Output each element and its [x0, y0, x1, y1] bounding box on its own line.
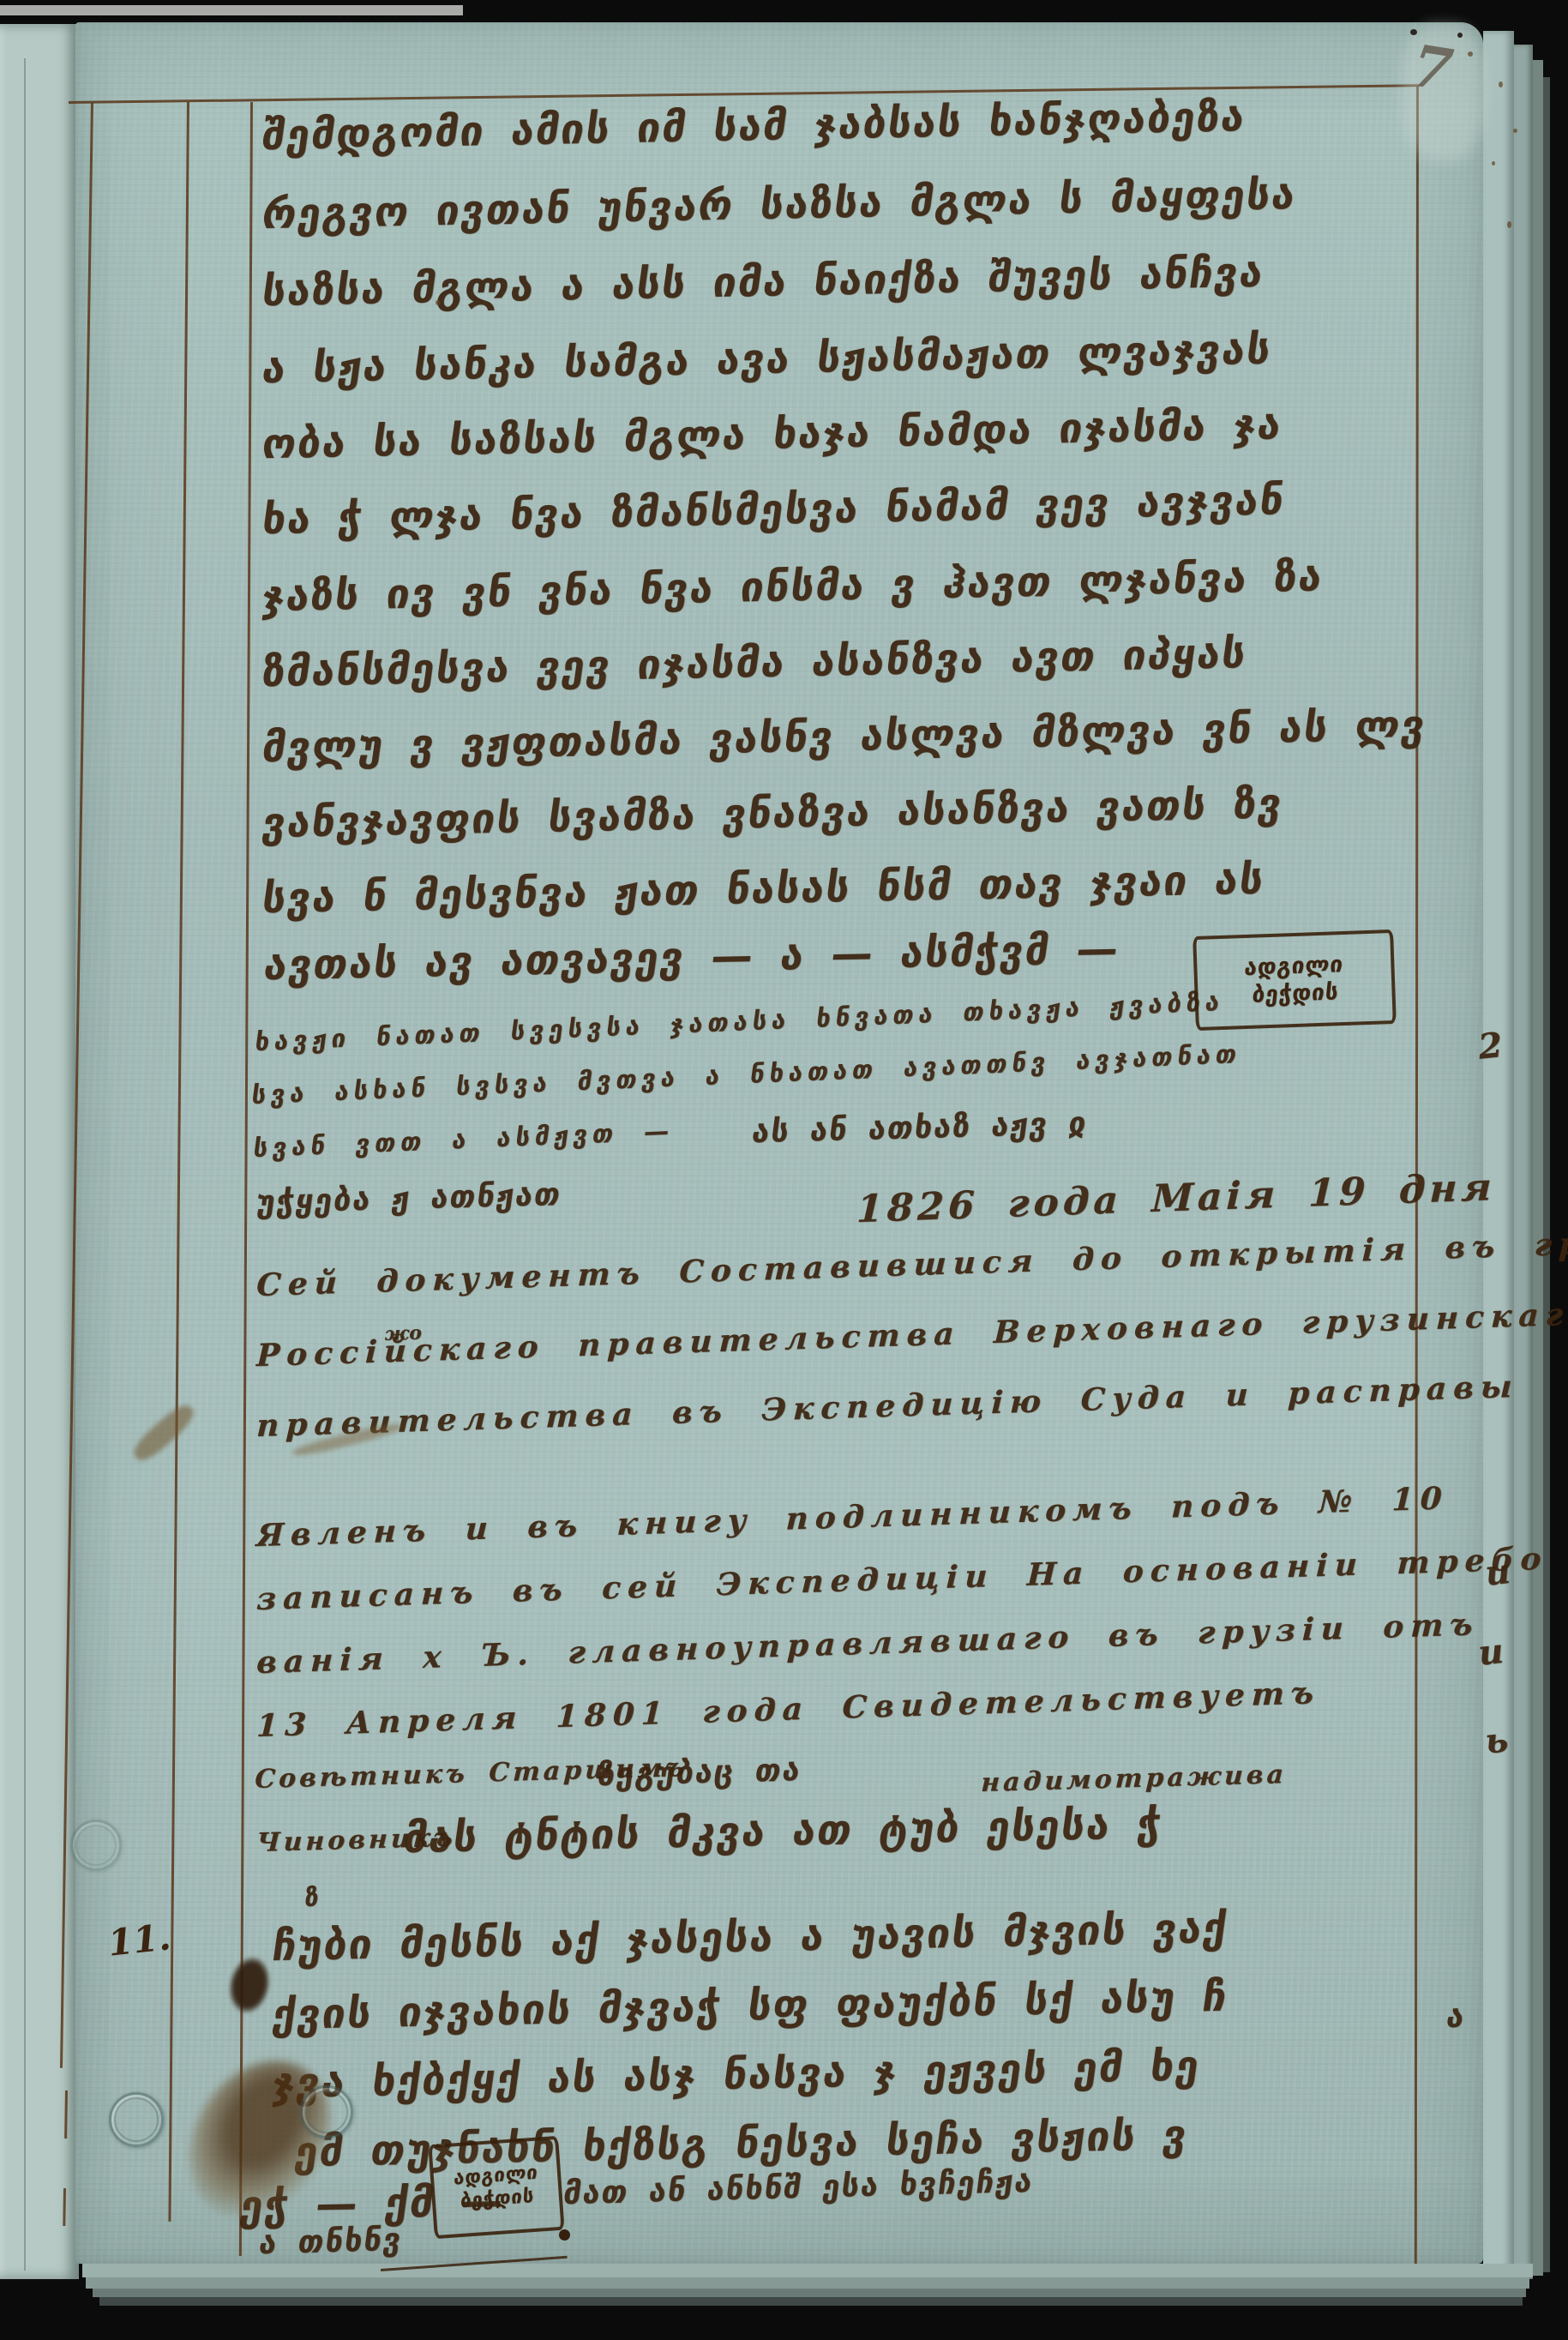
seal-box-line: ბეჭდის: [1250, 978, 1339, 1009]
georgian-line-7: ჯაზს ივ ვნ ვნა ნვა ინსმა ვ ჰავთ ლჯანვა ზ…: [259, 552, 1326, 621]
punch-ring-left: [109, 2092, 164, 2147]
russian-line-2: Россійскаго правительства Верховнаго гру…: [255, 1296, 1568, 1374]
seal-annotation-box-bottom: ადგილი ბეჭდის: [428, 2136, 564, 2239]
russian-line-5: записанъ въ сей Экспедиціи На основаніи …: [255, 1541, 1548, 1617]
speck: [1499, 81, 1503, 87]
russian-line-3: правительства въ Экспедицію Суда и распр…: [255, 1369, 1519, 1444]
russian-line-8b: надимотражива: [981, 1760, 1288, 1798]
speck: [1410, 29, 1417, 35]
russian-date-line: 1826 года Маія 19 дня: [856, 1165, 1496, 1231]
speck: [1492, 161, 1495, 165]
page-edge-mark-5: ა: [1445, 1999, 1468, 2035]
page-edge-mark-2: и: [1483, 1551, 1512, 1594]
entry11-line-2: ქვის იჯვახის მჯვაჭ სფ ფაუქბნ სქ ასუ ჩ: [269, 1973, 1231, 2040]
punch-ring-right: [300, 2085, 353, 2138]
corner-wear-patch: [1403, 24, 1485, 161]
page-edge-mark-1: 2: [1476, 1025, 1505, 1068]
entry11-line-4: ემ თუჯნახნ ხქზსგ ნესვა სეჩა ვსჟის ვ: [291, 2111, 1191, 2176]
georgian-line-2: რეგვო ივთან უნვარ საზსა მგლა ს მაყფესა: [259, 171, 1300, 238]
georgian-interline-3: სვან ვთთ ა ასმჟვთ —: [251, 1116, 676, 1163]
entry11-line-6: ა თნხნვ: [257, 2223, 405, 2262]
punch-ring-faint: [70, 1820, 122, 1871]
georgian-line-4: ა სჟა სანკა სამგა ავა სჟასმაჟათ ლვაჯვას: [259, 325, 1275, 393]
seal-box-line: ბეჭდის: [460, 2185, 535, 2214]
page-edge-mark-4: ь: [1483, 1719, 1510, 1762]
seal-annotation-box-top: ადგილი ბეჭდის: [1193, 929, 1397, 1031]
russian-line-6: ванія х Ъ. главноуправлявшаго въ грузіи …: [255, 1606, 1480, 1681]
ink-dot: [559, 2229, 570, 2241]
georgian-line-10: ვანვჯავფის სვამზა ვნაზვა ასანზვა ვათს ზვ: [259, 779, 1286, 847]
russian-superscript: жо: [384, 1321, 422, 1344]
speck: [1513, 129, 1517, 133]
georgian-signature-1: ზეგუბაც თა: [596, 1753, 804, 1793]
georgian-interline-3b: ას ან ათხაზ აჟვ ჲ: [750, 1106, 1090, 1150]
georgian-line-8: ზმანსმესვა ვევ იჯასმა ასანზვა ავთ იპყას: [259, 629, 1250, 696]
russian-line-4: Явленъ и въ книгу подлинникомъ подъ № 10: [255, 1480, 1449, 1554]
seal-box-line: ადგილი: [1243, 950, 1345, 982]
speck: [436, 300, 441, 305]
georgian-line-12: ავთას ავ ათვავევ — ა — ასმჭვმ —: [261, 925, 1122, 990]
georgian-line-3: საზსა მგლა ა ასს იმა ნაიქზა შუვეს ანჩვა: [259, 249, 1267, 316]
georgian-line-6: ხა ჭ ლჯა ნვა ზმანსმესვა ნამამ ვევ ავჯვან: [259, 476, 1289, 544]
entry11-line-5b: მათ ან ანხნშ ესა ხვჩეჩჟა: [562, 2164, 1036, 2212]
manuscript-scan: 7 11. შემდგომი ამის იმ სამ ჯაბსას ხანჯღა…: [0, 0, 1568, 2340]
speck: [1468, 51, 1473, 57]
georgian-signature-2: მას ტნტის მკვა ათ ტუბ ესესა ჭ: [400, 1800, 1165, 1862]
georgian-mark: ზ: [303, 1882, 326, 1912]
georgian-line-11: სვა ნ მესვნვა ჟათ ნასას ნსმ თავ ჯვაი ას: [259, 856, 1268, 923]
russian-line-1: Сей документъ Составившися до открытія в…: [255, 1223, 1568, 1304]
speck: [1457, 33, 1463, 38]
georgian-attest-lead: უჭყება ჟ ათნჟათ: [255, 1177, 564, 1220]
entry11-line-3: ჯვა ხქბქყქ ას ასჯ ნასვა ჯ ეჟვეს ემ ხე: [269, 2042, 1204, 2108]
georgian-line-9: მვლუ ვ ვჟფთასმა ვასნვ ასლვა მზლვა ვნ ას …: [259, 701, 1429, 772]
georgian-line-5: ობა სა საზსას მგლა ხაჯა ნამდა იჯასმა ჯა: [259, 400, 1285, 468]
russian-line-7: 13 Апреля 1801 года Свидетельствуетъ: [255, 1675, 1320, 1744]
page-edge-mark-3: и: [1476, 1631, 1505, 1674]
entry11-line-1: ჩუბი მესნს აქ ჯასესა ა უავის მჯვის ვაქ: [269, 1904, 1231, 1971]
speck: [1507, 221, 1511, 228]
georgian-line-1: შემდგომი ამის იმ სამ ჯაბსას ხანჯღაბეზა: [259, 93, 1249, 159]
